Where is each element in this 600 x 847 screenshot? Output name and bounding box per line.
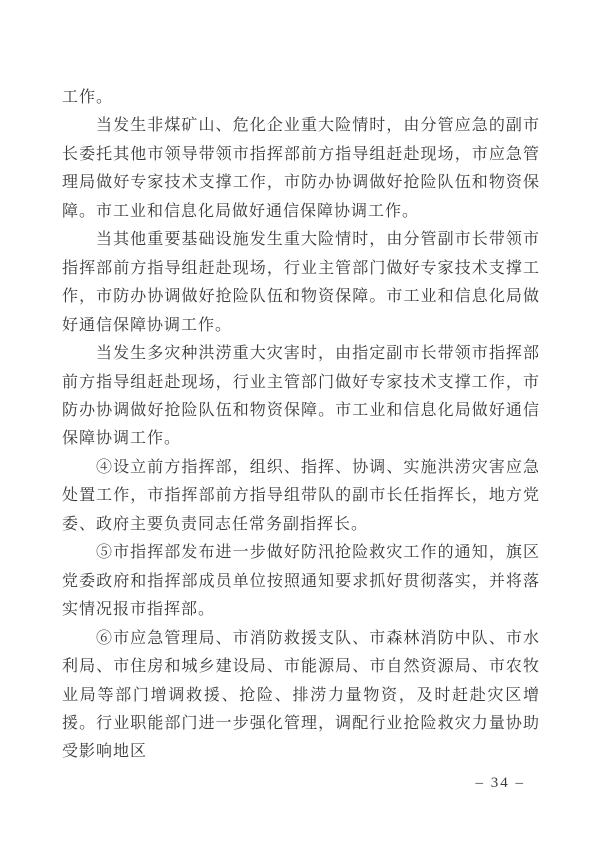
paragraph: 当发生非煤矿山、危化企业重大险情时，由分管应急的副市长委托其他市领导带领市指挥部… <box>62 112 540 226</box>
body-text: 工作。 当发生非煤矿山、危化企业重大险情时，由分管应急的副市长委托其他市领导带领… <box>62 84 540 767</box>
document-page: 工作。 当发生非煤矿山、危化企业重大险情时，由分管应急的副市长委托其他市领导带领… <box>0 0 600 847</box>
paragraph: 当其他重要基础设施发生重大险情时，由分管副市长带领市指挥部前方指导组赶赴现场，行… <box>62 226 540 340</box>
page-number: – 34 – <box>476 775 526 792</box>
paragraph: ⑥市应急管理局、市消防救援支队、市森林消防中队、市水利局、市住房和城乡建设局、市… <box>62 625 540 767</box>
paragraph: 当发生多灾种洪涝重大灾害时，由指定副市长带领市指挥部前方指导组赶赴现场，行业主管… <box>62 340 540 454</box>
paragraph: ⑤市指挥部发布进一步做好防汛抢险救灾工作的通知，旗区党委政府和指挥部成员单位按照… <box>62 539 540 624</box>
paragraph: ④设立前方指挥部，组织、指挥、协调、实施洪涝灾害应急处置工作，市指挥部前方指导组… <box>62 454 540 539</box>
paragraph-continuation: 工作。 <box>62 84 540 112</box>
